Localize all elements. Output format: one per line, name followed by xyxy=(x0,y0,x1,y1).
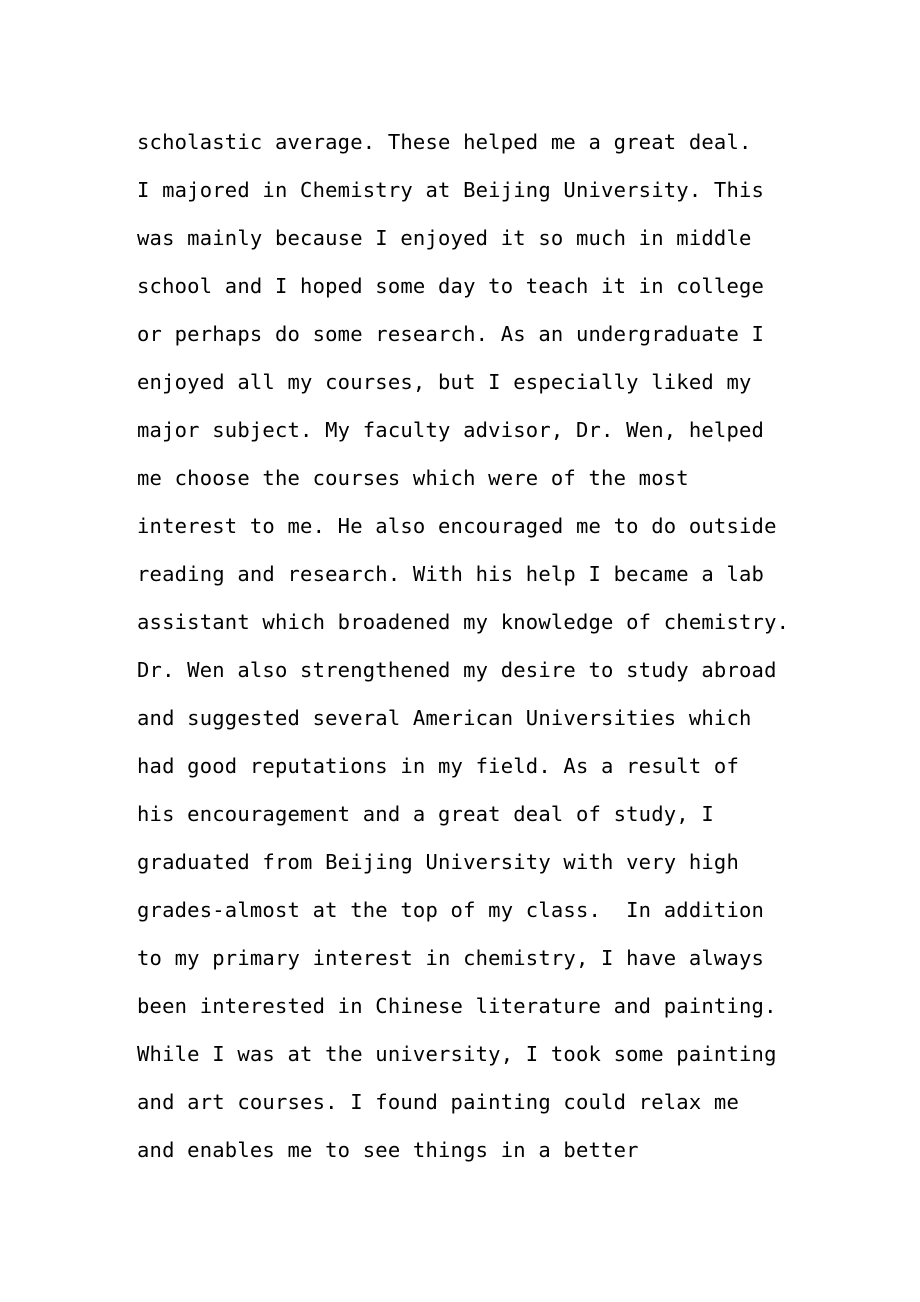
text-line: enjoyed all my courses, but I especially… xyxy=(137,358,880,406)
text-line: or perhaps do some research. As an under… xyxy=(137,310,880,358)
text-line: to my primary interest in chemistry, I h… xyxy=(137,934,880,982)
text-line: graduated from Beijing University with v… xyxy=(137,838,880,886)
text-line: I majored in Chemistry at Beijing Univer… xyxy=(137,166,880,214)
text-line: me choose the courses which were of the … xyxy=(137,454,880,502)
text-line: reading and research. With his help I be… xyxy=(137,550,880,598)
text-line: While I was at the university, I took so… xyxy=(137,1030,880,1078)
document-text-block: scholastic average. These helped me a gr… xyxy=(137,118,880,1174)
text-line: assistant which broadened my knowledge o… xyxy=(137,598,880,646)
text-line: major subject. My faculty advisor, Dr. W… xyxy=(137,406,880,454)
document-page: scholastic average. These helped me a gr… xyxy=(0,0,920,1302)
text-line: scholastic average. These helped me a gr… xyxy=(137,118,880,166)
text-line: his encouragement and a great deal of st… xyxy=(137,790,880,838)
text-line: been interested in Chinese literature an… xyxy=(137,982,880,1030)
text-line: had good reputations in my field. As a r… xyxy=(137,742,880,790)
text-line: was mainly because I enjoyed it so much … xyxy=(137,214,880,262)
text-line: and suggested several American Universit… xyxy=(137,694,880,742)
text-line: and art courses. I found painting could … xyxy=(137,1078,880,1126)
text-line: school and I hoped some day to teach it … xyxy=(137,262,880,310)
text-line: Dr. Wen also strengthened my desire to s… xyxy=(137,646,880,694)
text-line: and enables me to see things in a better xyxy=(137,1126,880,1174)
text-line: grades-almost at the top of my class. In… xyxy=(137,886,880,934)
text-line: interest to me. He also encouraged me to… xyxy=(137,502,880,550)
